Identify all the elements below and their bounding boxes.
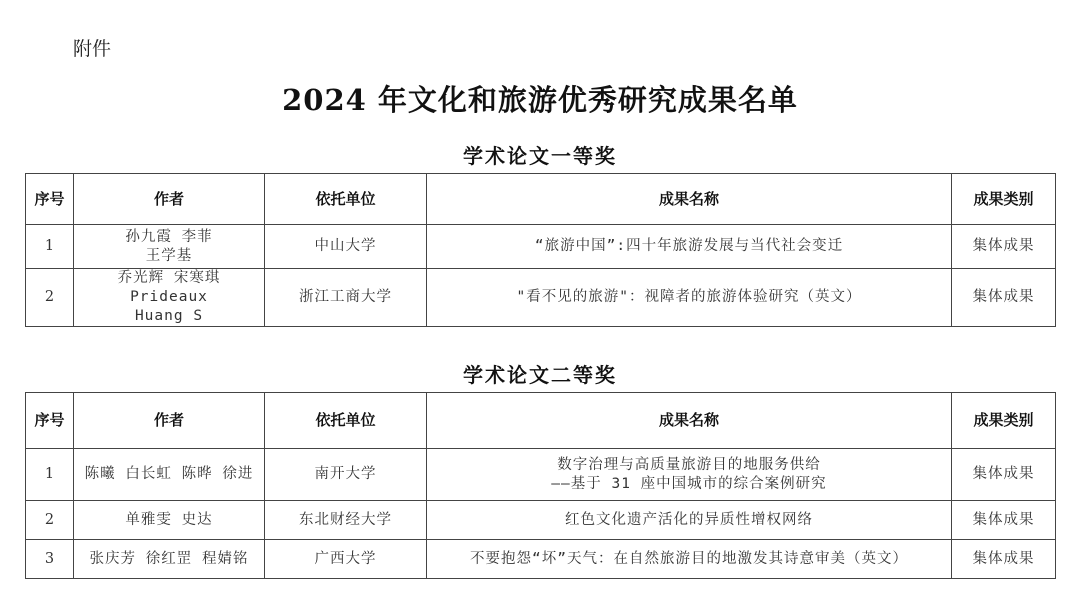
column-header-unit: 依托单位 <box>265 174 427 225</box>
attachment-label: 附件 <box>73 34 111 61</box>
cell-title: 红色文化遗产活化的异质性增权网络 <box>427 501 952 540</box>
cell-index: 3 <box>26 540 74 579</box>
column-header-index: 序号 <box>26 393 74 449</box>
first-prize-table: 序号 作者 依托单位 成果名称 成果类别 1 孙九霞 李菲 王学基 中山大学 “… <box>25 173 1056 327</box>
column-header-category: 成果类别 <box>952 393 1056 449</box>
column-header-authors: 作者 <box>74 393 265 449</box>
authors-line: 王学基 <box>78 247 260 266</box>
table-header-row: 序号 作者 依托单位 成果名称 成果类别 <box>26 174 1056 225</box>
column-header-title: 成果名称 <box>427 174 952 225</box>
cell-authors: 张庆芳 徐红罡 程婧铭 <box>74 540 265 579</box>
cell-authors: 孙九霞 李菲 王学基 <box>74 225 265 269</box>
cell-index: 2 <box>26 269 74 327</box>
cell-title: 不要抱怨“坏”天气：在自然旅游目的地激发其诗意审美（英文） <box>427 540 952 579</box>
authors-line: 孙九霞 李菲 <box>78 228 260 247</box>
cell-authors: 单雅雯 史达 <box>74 501 265 540</box>
column-header-index: 序号 <box>26 174 74 225</box>
cell-unit: 中山大学 <box>265 225 427 269</box>
section-heading-first-prize: 学术论文一等奖 <box>0 140 1080 169</box>
second-prize-table: 序号 作者 依托单位 成果名称 成果类别 1 陈曦 白长虹 陈晔 徐进 南开大学… <box>25 392 1056 579</box>
document-title: 2024 年文化和旅游优秀研究成果名单 <box>0 78 1080 119</box>
cell-category: 集体成果 <box>952 501 1056 540</box>
column-header-title: 成果名称 <box>427 393 952 449</box>
table-row: 3 张庆芳 徐红罡 程婧铭 广西大学 不要抱怨“坏”天气：在自然旅游目的地激发其… <box>26 540 1056 579</box>
cell-unit: 浙江工商大学 <box>265 269 427 327</box>
cell-unit: 南开大学 <box>265 449 427 501</box>
table-row: 1 陈曦 白长虹 陈晔 徐进 南开大学 数字治理与高质量旅游目的地服务供给 ——… <box>26 449 1056 501</box>
table-header-row: 序号 作者 依托单位 成果名称 成果类别 <box>26 393 1056 449</box>
cell-category: 集体成果 <box>952 225 1056 269</box>
cell-index: 2 <box>26 501 74 540</box>
column-header-unit: 依托单位 <box>265 393 427 449</box>
cell-index: 1 <box>26 449 74 501</box>
column-header-authors: 作者 <box>74 174 265 225</box>
cell-unit: 东北财经大学 <box>265 501 427 540</box>
authors-line: Huang S <box>78 307 260 326</box>
authors-line: 乔光辉 宋寒琪 Prideaux <box>78 269 260 307</box>
table-row: 1 孙九霞 李菲 王学基 中山大学 “旅游中国”:四十年旅游发展与当代社会变迁 … <box>26 225 1056 269</box>
cell-title: "看不见的旅游"：视障者的旅游体验研究（英文） <box>427 269 952 327</box>
cell-category: 集体成果 <box>952 449 1056 501</box>
section-heading-second-prize: 学术论文二等奖 <box>0 359 1080 388</box>
cell-title: “旅游中国”:四十年旅游发展与当代社会变迁 <box>427 225 952 269</box>
cell-authors: 乔光辉 宋寒琪 Prideaux Huang S <box>74 269 265 327</box>
cell-unit: 广西大学 <box>265 540 427 579</box>
cell-category: 集体成果 <box>952 269 1056 327</box>
cell-title: 数字治理与高质量旅游目的地服务供给 ——基于 31 座中国城市的综合案例研究 <box>427 449 952 501</box>
table-row: 2 乔光辉 宋寒琪 Prideaux Huang S 浙江工商大学 "看不见的旅… <box>26 269 1056 327</box>
table-row: 2 单雅雯 史达 东北财经大学 红色文化遗产活化的异质性增权网络 集体成果 <box>26 501 1056 540</box>
cell-index: 1 <box>26 225 74 269</box>
cell-authors: 陈曦 白长虹 陈晔 徐进 <box>74 449 265 501</box>
column-header-category: 成果类别 <box>952 174 1056 225</box>
title-line: 数字治理与高质量旅游目的地服务供给 <box>431 456 947 475</box>
title-subtitle-line: ——基于 31 座中国城市的综合案例研究 <box>431 475 947 494</box>
cell-category: 集体成果 <box>952 540 1056 579</box>
